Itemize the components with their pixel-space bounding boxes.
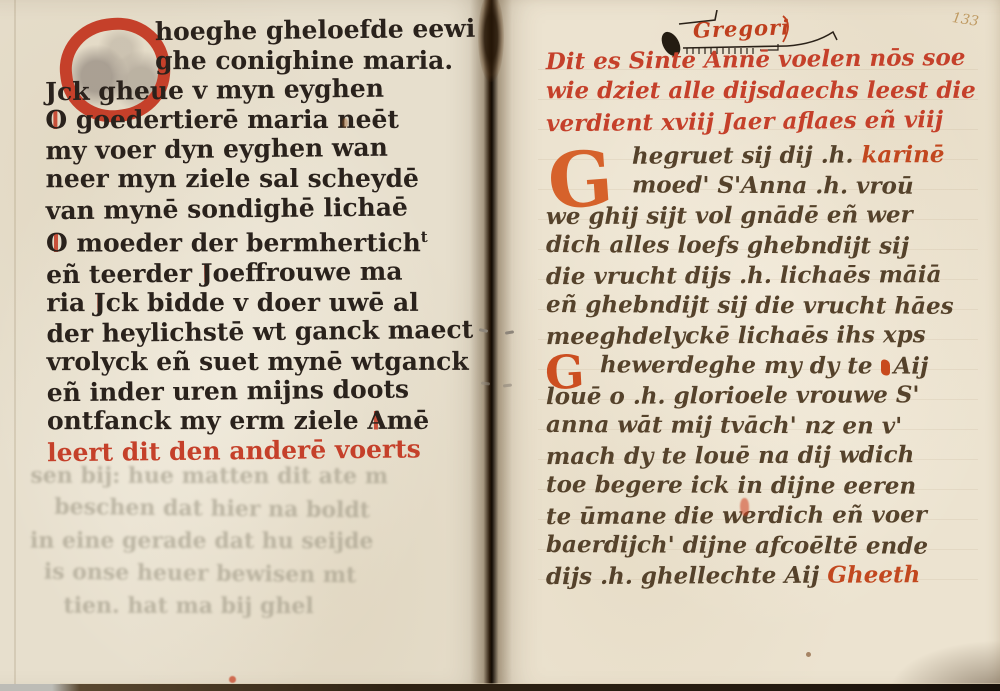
text-segment: hoeghe gheloefde eewi: [155, 14, 476, 46]
text-segment: sen bij: hue matten dit ate m: [30, 463, 388, 490]
text-segment: louē o .h. glorioele vrouwe S': [546, 381, 920, 410]
left-page-text: hoeghe gheloefde eewighe conighine maria…: [45, 15, 483, 467]
text-segment: Gheeth: [827, 561, 920, 588]
text-line: beschen dat hier na boldt: [30, 490, 460, 527]
page-edge-crease: [14, 0, 16, 691]
text-line: sen bij: hue matten dit ate m: [30, 460, 460, 493]
text-line: der heylichstē wt ganck maect: [46, 315, 482, 349]
text-line: hegruet sij dij .h. karinē: [546, 140, 986, 172]
text-line: dijs .h. ghellechte Aij Gheeth: [546, 560, 986, 592]
text-line: my voer dyn eyghen wan: [45, 132, 481, 166]
text-segment: eñ ghebndijt sij die vrucht hāes: [546, 291, 954, 320]
text-segment: J: [94, 288, 106, 317]
text-line: mach dy te louē na dij wdich: [546, 440, 986, 472]
text-line: eñ inder uren mijns doots: [47, 374, 483, 408]
text-line: tien. hat ma bij ghel: [30, 590, 460, 623]
text-segment: beschen dat hier na boldt: [54, 493, 370, 523]
text-segment: oeffrouwe ma: [212, 257, 402, 288]
red-ink-splash: [740, 498, 749, 516]
brown-speck: [806, 652, 811, 657]
text-segment: wie dziet alle dijsdaechs leest die: [546, 77, 976, 104]
text-line: wie dziet alle dijsdaechs leest die: [546, 75, 982, 106]
text-segment: ghe conighine maria.: [155, 45, 453, 74]
text-segment: ck bidde v doer uwē al: [106, 288, 419, 317]
text-line: verdient xviij Jaer aflaes eñ viij: [546, 104, 982, 140]
tan-blot: [342, 118, 348, 128]
text-line: meeghdelyckē lichaēs ihs xps: [546, 320, 986, 352]
text-segment: tien. hat ma bij ghel: [64, 593, 314, 619]
text-line: eñ teerder Joeffrouwe ma: [46, 256, 482, 290]
text-segment: hegruet sij dij .h.: [632, 142, 862, 170]
text-segment: J: [45, 77, 57, 106]
text-segment: baerdijch' dijne afcoēltē ende: [546, 531, 928, 560]
text-line: Dit es Sinte Annē voelen nōs soe: [546, 42, 982, 78]
text-line: baerdijch' dijne afcoēltē ende: [546, 530, 986, 562]
text-segment: mē: [387, 406, 429, 435]
text-line: anna wāt mij tvāch' nz en v': [546, 410, 986, 442]
text-line: ria Jck bidde v doer uwē al: [46, 287, 482, 317]
text-segment: eñ inder uren mijns doots: [47, 375, 410, 408]
text-line: O moeder der bermherticht: [46, 223, 482, 258]
text-segment: karinē: [861, 141, 944, 168]
text-segment: hewerdeghe my dy te: [600, 351, 881, 379]
text-line: ontfanck my erm ziele Amē: [47, 406, 483, 436]
header-title: Gregori: [693, 14, 791, 42]
manuscript-photo: O hoeghe gheloefde eewighe conighine mar…: [0, 0, 1000, 691]
text-segment: der heylichstē wt ganck maect: [46, 315, 473, 348]
book-spread: O hoeghe gheloefde eewighe conighine mar…: [0, 0, 1000, 691]
text-line: O goedertierē maria neēt: [45, 105, 481, 135]
text-segment: eñ teerder: [46, 259, 201, 290]
text-segment: meeghdelyckē lichaēs ihs xps: [546, 321, 926, 350]
text-segment: moed' S'Anna .h. vroū: [632, 171, 914, 199]
text-segment: O: [45, 105, 67, 134]
text-segment: Aij: [893, 353, 928, 380]
text-segment: moeder der bermhertich: [68, 228, 421, 257]
text-segment: goedertierē maria neēt: [67, 105, 399, 134]
text-segment: A: [367, 406, 386, 435]
book-bottom-edge: [0, 684, 1000, 691]
text-line: we ghij sijt vol gnādē eñ wer: [546, 200, 986, 232]
text-line: van mynē sondighē lichaē: [46, 191, 482, 225]
text-line: ghe conighine maria.: [45, 45, 481, 75]
text-segment: mach dy te louē na dij wdich: [546, 441, 914, 470]
text-segment: J: [201, 259, 213, 288]
text-line: hewerdeghe my dy te Aij: [546, 350, 986, 382]
text-segment: vrolyck eñ suet mynē wtganck: [47, 347, 469, 376]
text-segment: dich alles loefs ghebndijt sij: [546, 231, 909, 260]
text-segment: ck gheue v myn eyghen: [57, 74, 384, 106]
text-line: hoeghe gheloefde eewi: [45, 14, 481, 48]
text-line: louē o .h. glorioele vrouwe S': [546, 380, 986, 412]
text-segment: in eine gerade dat hu seijde: [30, 528, 374, 555]
text-segment: anna wāt mij tvāch' nz en v': [546, 411, 902, 440]
text-segment: te ūmane die werdich eñ voer: [546, 501, 927, 530]
text-line: in eine gerade dat hu seijde: [30, 525, 460, 558]
text-segment: O: [46, 229, 68, 258]
text-segment: van mynē sondighē lichaē: [46, 192, 408, 225]
text-line: die vrucht dijs .h. lichaēs māiā: [546, 260, 986, 292]
right-page-text: hegruet sij dij .h. karinēmoed' S'Anna .…: [546, 141, 986, 591]
text-segment: die vrucht dijs .h. lichaēs māiā: [546, 261, 942, 290]
text-segment: ontfanck my erm ziele: [47, 406, 367, 435]
text-line: is onse heuer bewisen mt: [30, 555, 460, 592]
show-through-text: sen bij: hue matten dit ate mbeschen dat…: [29, 459, 460, 624]
text-segment: t: [421, 228, 428, 246]
text-line: neer myn ziele sal scheydē: [46, 164, 482, 194]
red-paraph: [880, 359, 889, 375]
text-line: moed' S'Anna .h. vroū: [546, 170, 986, 202]
text-line: Jck gheue v myn eyghen: [45, 73, 481, 107]
text-segment: Dit es Sinte Annē voelen nōs soe: [546, 44, 966, 75]
text-line: te ūmane die werdich eñ voer: [546, 500, 986, 532]
text-segment: my voer dyn eyghen wan: [45, 133, 388, 166]
text-segment: we ghij sijt vol gnādē eñ wer: [546, 201, 913, 230]
text-segment: is onse heuer bewisen mt: [44, 558, 357, 588]
red-ink-stain: [229, 676, 236, 683]
text-segment: ria: [46, 288, 94, 317]
rubric-text: Dit es Sinte Annē voelen nōs soewie dzie…: [546, 43, 982, 138]
text-segment: toe begere ick in dijne eeren: [546, 471, 916, 500]
text-segment: neer myn ziele sal scheydē: [46, 164, 419, 193]
text-line: dich alles loefs ghebndijt sij: [546, 230, 986, 262]
text-segment: dijs .h. ghellechte Aij: [546, 562, 827, 590]
text-line: vrolyck eñ suet mynē wtganck: [47, 347, 483, 377]
text-line: eñ ghebndijt sij die vrucht hāes: [546, 290, 986, 322]
text-line: toe begere ick in dijne eeren: [546, 470, 986, 502]
